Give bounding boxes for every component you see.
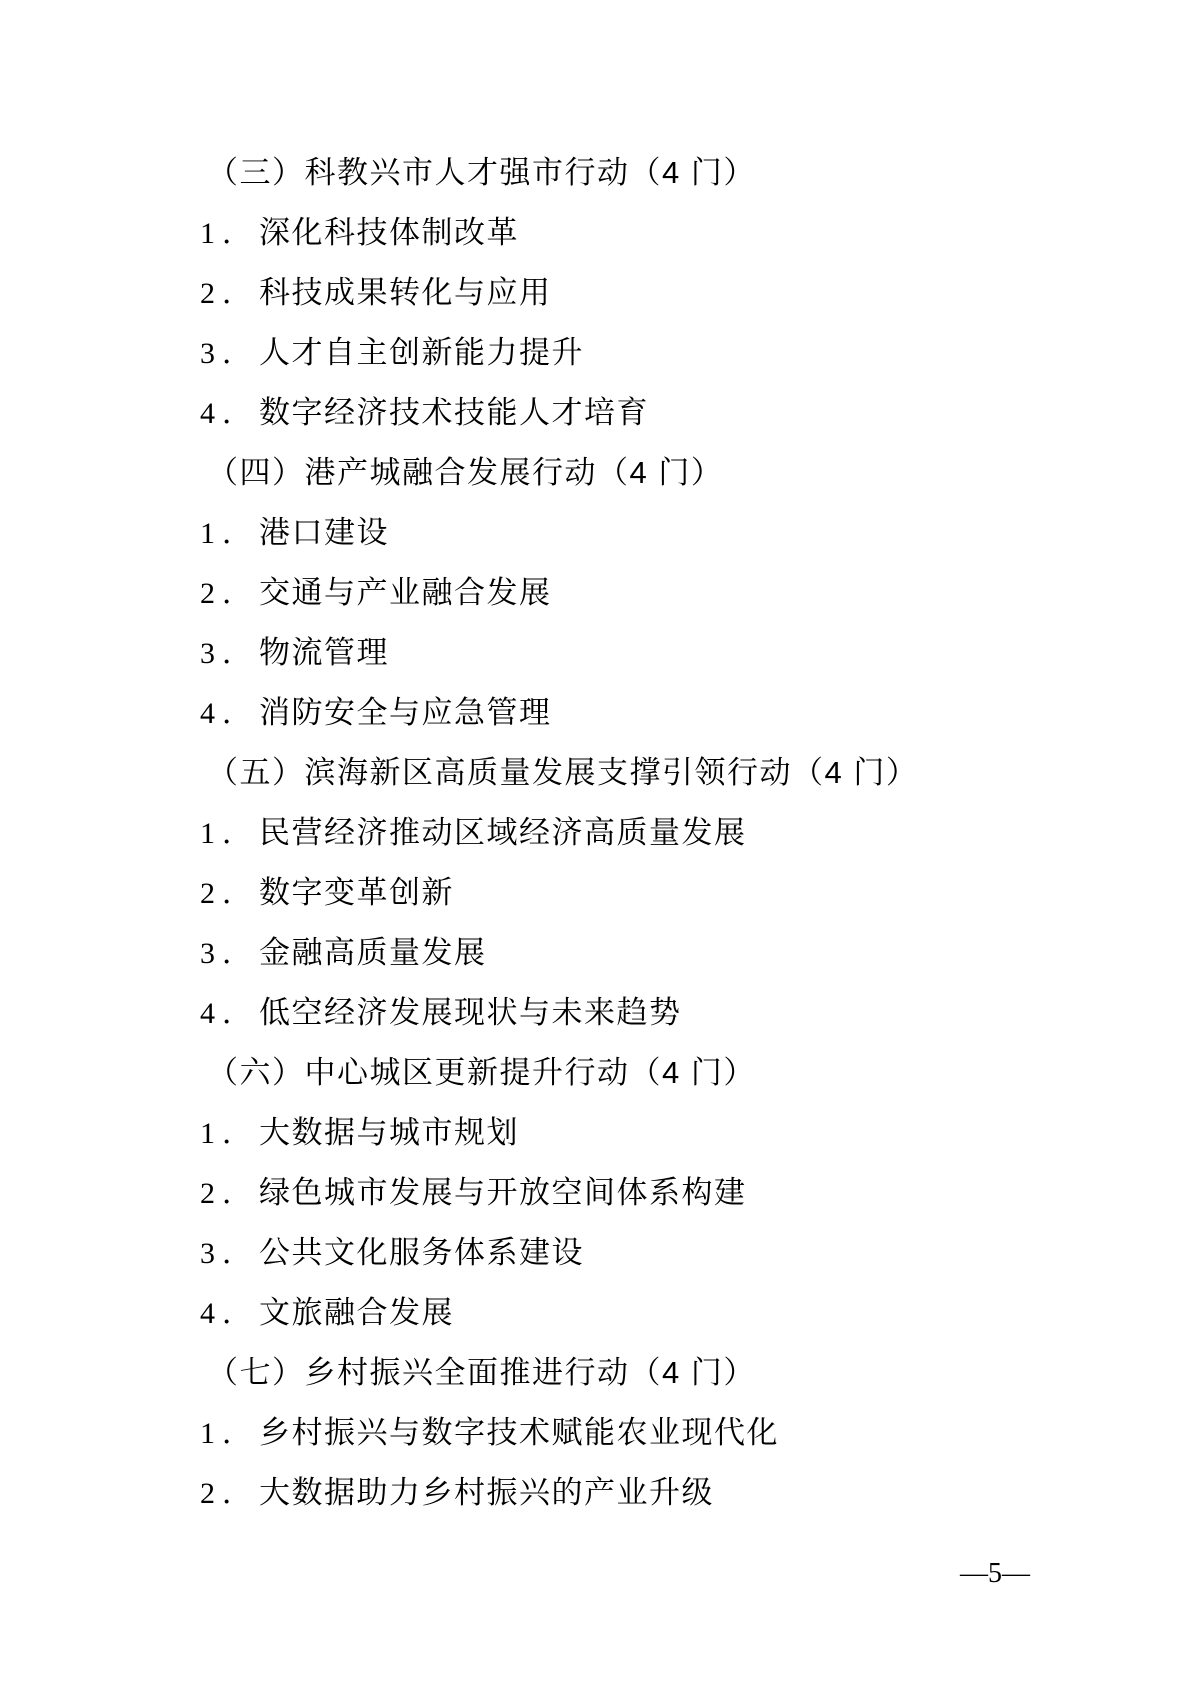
course-item-title: 深化科技体制改革 <box>259 215 519 250</box>
course-item: 1．大数据与城市规划 <box>0 1103 1191 1163</box>
course-item-title: 大数据与城市规划 <box>259 1115 519 1150</box>
section-heading-text: （三）科教兴市人才强市行动（4 门） <box>207 155 756 190</box>
course-item-number: 2． <box>200 877 259 910</box>
section-heading-text: （六）中心城区更新提升行动（4 门） <box>207 1055 756 1090</box>
course-item-number: 3． <box>200 637 259 670</box>
course-list: （三）科教兴市人才强市行动（4 门） 1．深化科技体制改革 2．科技成果转化与应… <box>0 143 1191 1523</box>
course-item-title: 数字经济技术技能人才培育 <box>259 395 649 430</box>
course-item: 3．人才自主创新能力提升 <box>0 323 1191 383</box>
course-item-title: 交通与产业融合发展 <box>259 575 552 610</box>
course-item: 2．绿色城市发展与开放空间体系构建 <box>0 1163 1191 1223</box>
course-item-title: 文旅融合发展 <box>259 1295 454 1330</box>
section-heading: （五）滨海新区高质量发展支撑引领行动（4 门） <box>0 743 1191 803</box>
course-item-number: 3． <box>200 1237 259 1270</box>
section-heading: （六）中心城区更新提升行动（4 门） <box>0 1043 1191 1103</box>
course-item-title: 公共文化服务体系建设 <box>259 1235 584 1270</box>
course-item-title: 乡村振兴与数字技术赋能农业现代化 <box>259 1415 779 1450</box>
course-item-number: 1． <box>200 517 259 550</box>
course-item: 3．公共文化服务体系建设 <box>0 1223 1191 1283</box>
course-item: 2．交通与产业融合发展 <box>0 563 1191 623</box>
section-heading: （四）港产城融合发展行动（4 门） <box>0 443 1191 503</box>
course-item-number: 1． <box>200 1117 259 1150</box>
section-heading-text: （五）滨海新区高质量发展支撑引领行动（4 门） <box>207 755 918 790</box>
course-item-title: 低空经济发展现状与未来趋势 <box>259 995 682 1030</box>
course-item: 2．数字变革创新 <box>0 863 1191 923</box>
course-item: 4．文旅融合发展 <box>0 1283 1191 1343</box>
section-heading-text: （四）港产城融合发展行动（4 门） <box>207 455 723 490</box>
document-page: （三）科教兴市人才强市行动（4 门） 1．深化科技体制改革 2．科技成果转化与应… <box>0 0 1191 1684</box>
course-item-number: 1． <box>200 217 259 250</box>
course-item: 1．港口建设 <box>0 503 1191 563</box>
course-item-title: 民营经济推动区域经济高质量发展 <box>259 815 747 850</box>
course-item-number: 1． <box>200 817 259 850</box>
course-item: 3．金融高质量发展 <box>0 923 1191 983</box>
course-item-number: 4． <box>200 997 259 1030</box>
course-item-number: 1． <box>200 1417 259 1450</box>
course-item: 4．消防安全与应急管理 <box>0 683 1191 743</box>
course-item-title: 消防安全与应急管理 <box>259 695 552 730</box>
course-item-number: 4． <box>200 1297 259 1330</box>
course-item-number: 2． <box>200 577 259 610</box>
course-item-number: 2． <box>200 277 259 310</box>
section-heading-text: （七）乡村振兴全面推进行动（4 门） <box>207 1355 756 1390</box>
course-item: 2．大数据助力乡村振兴的产业升级 <box>0 1463 1191 1523</box>
course-item: 1．乡村振兴与数字技术赋能农业现代化 <box>0 1403 1191 1463</box>
course-item-title: 物流管理 <box>259 635 389 670</box>
course-item-title: 金融高质量发展 <box>259 935 487 970</box>
course-item-number: 4． <box>200 697 259 730</box>
course-item: 2．科技成果转化与应用 <box>0 263 1191 323</box>
course-item-title: 港口建设 <box>259 515 389 550</box>
page-number: —5— <box>960 1556 1030 1592</box>
section-heading: （三）科教兴市人才强市行动（4 门） <box>0 143 1191 203</box>
course-item-title: 绿色城市发展与开放空间体系构建 <box>259 1175 747 1210</box>
course-item-title: 数字变革创新 <box>259 875 454 910</box>
course-item: 1．深化科技体制改革 <box>0 203 1191 263</box>
course-item-number: 2． <box>200 1477 259 1510</box>
section-heading: （七）乡村振兴全面推进行动（4 门） <box>0 1343 1191 1403</box>
course-item-title: 大数据助力乡村振兴的产业升级 <box>259 1475 714 1510</box>
course-item: 4．数字经济技术技能人才培育 <box>0 383 1191 443</box>
course-item-title: 人才自主创新能力提升 <box>259 335 584 370</box>
course-item: 1．民营经济推动区域经济高质量发展 <box>0 803 1191 863</box>
course-item-number: 3． <box>200 337 259 370</box>
course-item-title: 科技成果转化与应用 <box>259 275 552 310</box>
course-item-number: 4． <box>200 397 259 430</box>
course-item: 4．低空经济发展现状与未来趋势 <box>0 983 1191 1043</box>
course-item-number: 2． <box>200 1177 259 1210</box>
course-item: 3．物流管理 <box>0 623 1191 683</box>
course-item-number: 3． <box>200 937 259 970</box>
